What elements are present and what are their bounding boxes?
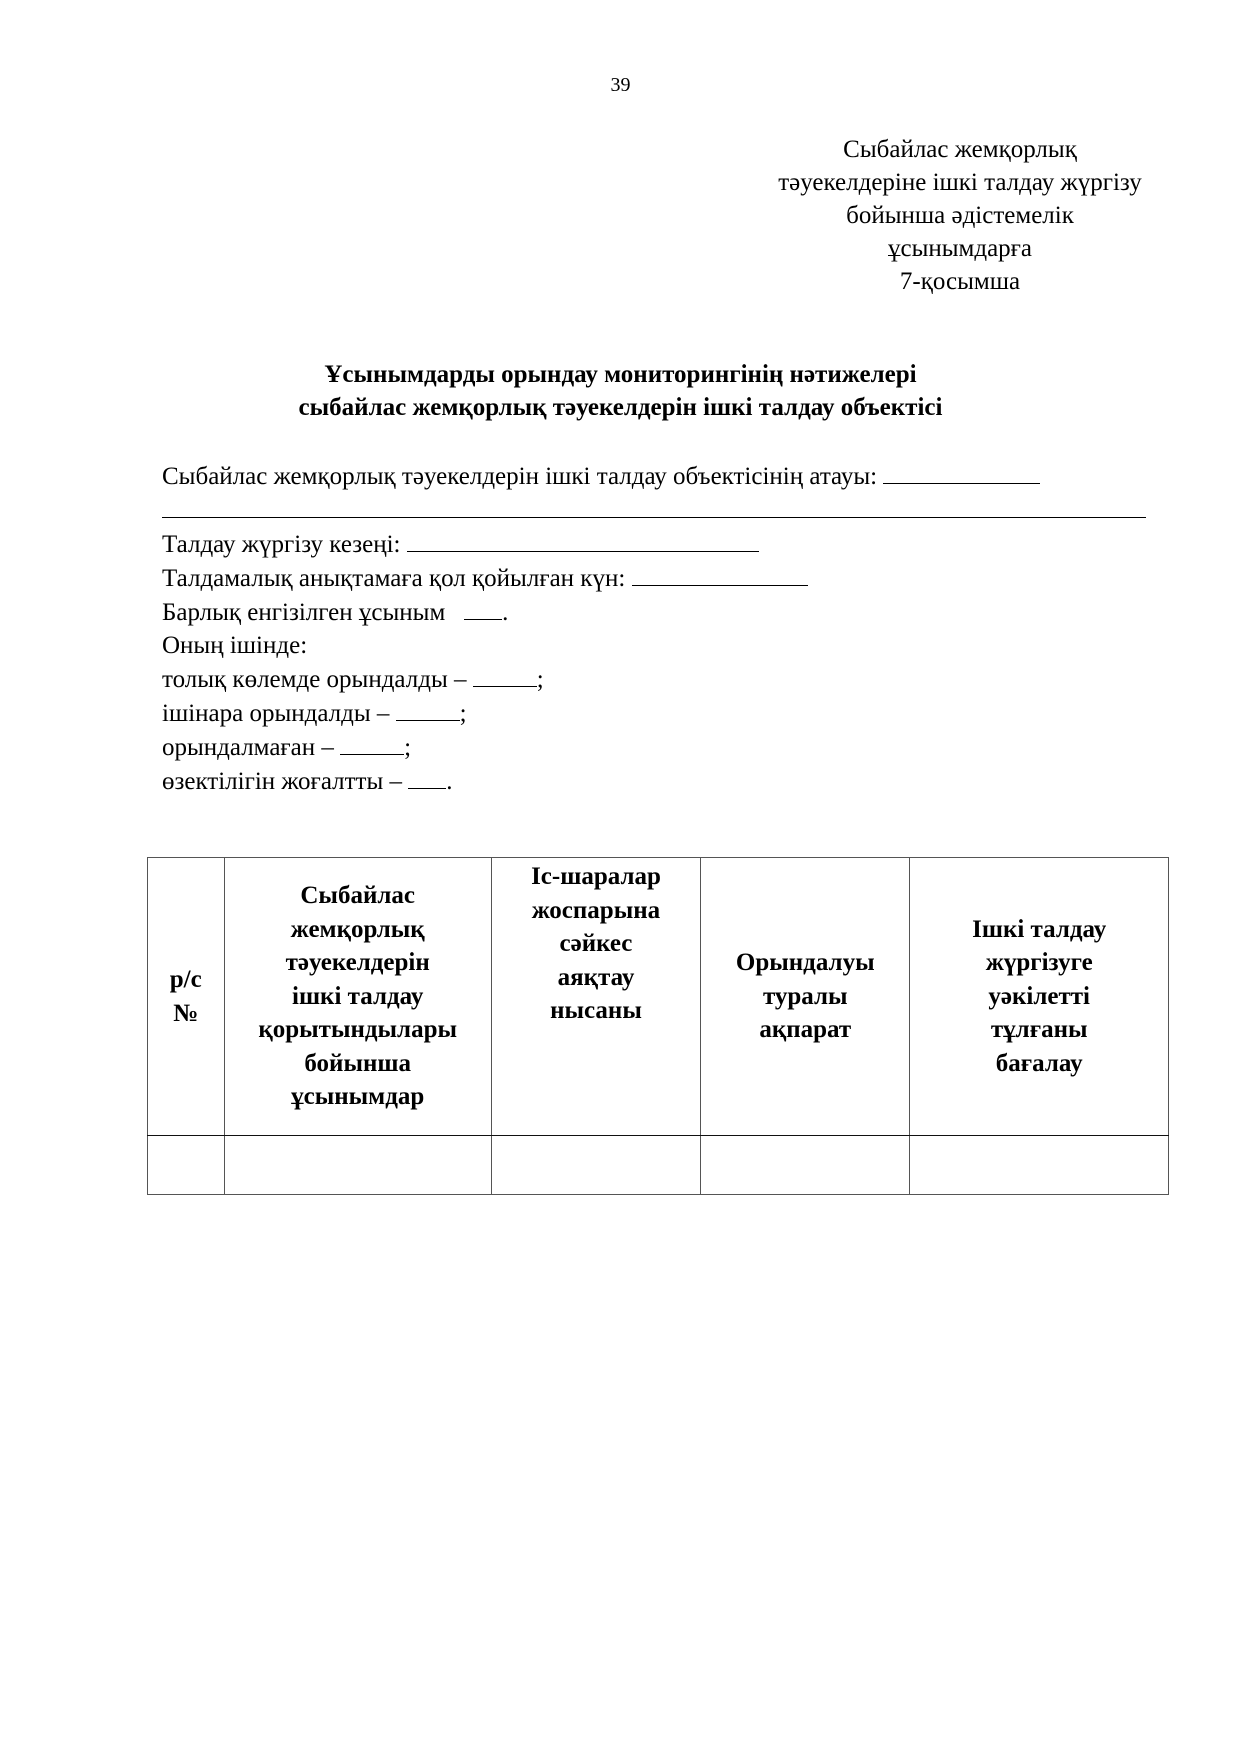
table-cell[interactable] — [224, 1136, 491, 1195]
header-execution-info: Орындалуы туралы ақпарат — [701, 858, 910, 1136]
signed-date-row: Талдамалық анықтамаға қол қойылған күн: — [162, 561, 1162, 595]
period-field[interactable] — [407, 527, 759, 552]
not-done-field[interactable] — [340, 730, 404, 755]
partial-label: ішінара орындалды – — [162, 700, 389, 727]
table-cell[interactable] — [491, 1136, 700, 1195]
total-field[interactable] — [464, 595, 502, 620]
lost-relevance-row: өзектілігін жоғалтты – . — [162, 764, 1162, 798]
not-done-row: орындалмаған – ; — [162, 730, 1162, 764]
table-cell[interactable] — [148, 1136, 225, 1195]
full-field[interactable] — [473, 662, 537, 687]
appendix-line: ұсынымдарға — [720, 232, 1200, 265]
object-name-field[interactable] — [883, 459, 1040, 484]
partial-suffix: ; — [460, 700, 467, 727]
lost-relevance-suffix: . — [446, 768, 452, 795]
table-header-row: р/с № Сыбайлас жемқорлық тәуекелдерін іш… — [148, 858, 1169, 1136]
table-cell[interactable] — [701, 1136, 910, 1195]
results-table: р/с № Сыбайлас жемқорлық тәуекелдерін іш… — [147, 857, 1169, 1195]
header-recommendations: Сыбайлас жемқорлық тәуекелдерін ішкі тал… — [224, 858, 491, 1136]
full-label: толық көлемде орындалды – — [162, 666, 467, 693]
document-title: Ұсынымдарды орындау мониторингінің нәтиж… — [0, 358, 1241, 424]
object-name-field-continuation[interactable] — [162, 493, 1146, 518]
lost-relevance-label: өзектілігін жоғалтты – — [162, 768, 402, 795]
page-number: 39 — [0, 74, 1241, 97]
object-name-label: Сыбайлас жемқорлық тәуекелдерін ішкі тал… — [162, 463, 877, 490]
partial-row: ішінара орындалды – ; — [162, 696, 1162, 730]
appendix-line: Сыбайлас жемқорлық — [720, 133, 1200, 166]
full-suffix: ; — [537, 666, 544, 693]
title-line-2: сыбайлас жемқорлық тәуекелдерін ішкі тал… — [0, 391, 1241, 424]
appendix-line: тәуекелдеріне ішкі талдау жүргізу — [720, 166, 1200, 199]
table-cell[interactable] — [910, 1136, 1169, 1195]
not-done-suffix: ; — [404, 734, 411, 761]
header-completion-form: Іс-шаралар жоспарына сәйкес аяқтау нысан… — [491, 858, 700, 1136]
header-assessment: Ішкі талдау жүргізуге уәкілетті тұлғаны … — [910, 858, 1169, 1136]
appendix-note: Сыбайлас жемқорлық тәуекелдеріне ішкі та… — [720, 133, 1200, 298]
total-suffix: . — [502, 599, 508, 626]
signed-date-field[interactable] — [632, 561, 808, 586]
period-label: Талдау жүргізу кезеңі: — [162, 531, 400, 558]
not-done-label: орындалмаған – — [162, 734, 334, 761]
table-row — [148, 1136, 1169, 1195]
including-label: Оның ішінде: — [162, 629, 1162, 662]
title-line-1: Ұсынымдарды орындау мониторингінің нәтиж… — [0, 358, 1241, 391]
lost-relevance-field[interactable] — [408, 764, 446, 789]
object-name-row: Сыбайлас жемқорлық тәуекелдерін ішкі тал… — [162, 459, 1162, 493]
partial-field[interactable] — [396, 696, 460, 721]
header-number: р/с № — [148, 858, 225, 1136]
appendix-line: бойынша әдістемелік — [720, 199, 1200, 232]
appendix-line: 7-қосымша — [720, 265, 1200, 298]
total-label: Барлық енгізілген ұсыным — [162, 599, 445, 626]
full-row: толық көлемде орындалды – ; — [162, 662, 1162, 696]
signed-date-label: Талдамалық анықтамаға қол қойылған күн: — [162, 565, 625, 592]
period-row: Талдау жүргізу кезеңі: — [162, 527, 1162, 561]
form-fields: Сыбайлас жемқорлық тәуекелдерін ішкі тал… — [162, 459, 1162, 798]
total-row: Барлық енгізілген ұсыным . — [162, 595, 1162, 629]
